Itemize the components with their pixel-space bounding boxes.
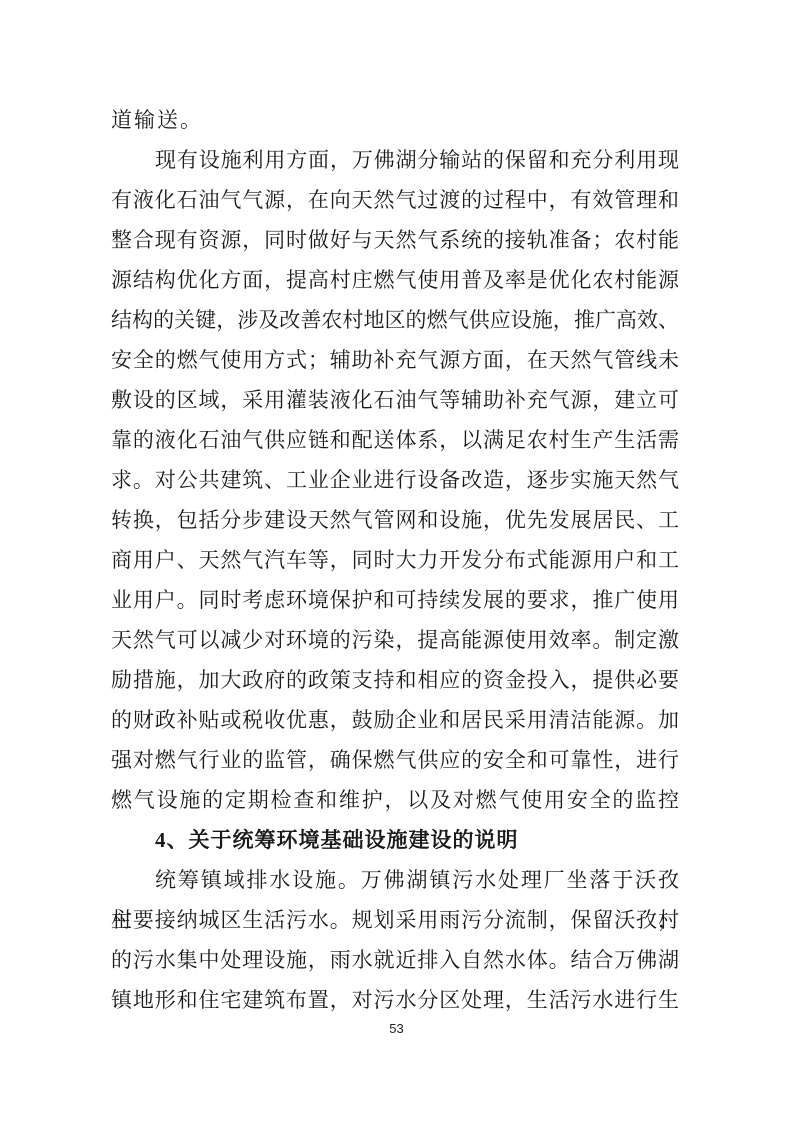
text-line: 道输送。: [111, 100, 679, 140]
section-heading: 4、关于统筹环境基础设施建设的说明: [111, 820, 679, 860]
text-line: 现有设施利用方面，万佛湖分输站的保留和充分利用现: [111, 140, 679, 180]
text-line: 求。对公共建筑、工业企业进行设备改造，逐步实施天然气: [111, 460, 679, 500]
document-page: 道输送。现有设施利用方面，万佛湖分输站的保留和充分利用现有液化石油气气源，在向天…: [0, 0, 793, 1122]
text-line: 励措施，加大政府的政策支持和相应的资金投入，提供必要: [111, 660, 679, 700]
text-line: 业用户。同时考虑环境保护和可持续发展的要求，推广使用: [111, 580, 679, 620]
text-line: 天然气可以减少对环境的污染，提高能源使用效率。制定激: [111, 620, 679, 660]
text-line: 整合现有资源，同时做好与天然气系统的接轨准备；农村能: [111, 220, 679, 260]
text-line: 商用户、天然气汽车等，同时大力开发分布式能源用户和工: [111, 540, 679, 580]
page-footer: 53: [0, 1020, 793, 1038]
text-line: 统筹镇域排水设施。万佛湖镇污水处理厂坐落于沃孜村，: [111, 860, 679, 900]
text-line: 的财政补贴或税收优惠，鼓励企业和居民采用清洁能源。加: [111, 700, 679, 740]
text-line: 主要接纳城区生活污水。规划采用雨污分流制，保留沃孜村: [111, 900, 679, 940]
text-line: 安全的燃气使用方式；辅助补充气源方面，在天然气管线未: [111, 340, 679, 380]
text-line: 敷设的区域，采用灌装液化石油气等辅助补充气源，建立可: [111, 380, 679, 420]
text-line: 转换，包括分步建设天然气管网和设施，优先发展居民、工: [111, 500, 679, 540]
text-line: 镇地形和住宅建筑布置，对污水分区处理，生活污水进行生: [111, 980, 679, 1020]
text-line: 燃气设施的定期检查和维护，以及对燃气使用安全的监控: [111, 780, 679, 820]
text-line: 结构的关键，涉及改善农村地区的燃气供应设施，推广高效、: [111, 300, 679, 340]
page-number: 53: [389, 1021, 403, 1036]
text-line: 源结构优化方面，提高村庄燃气使用普及率是优化农村能源: [111, 260, 679, 300]
text-line: 有液化石油气气源，在向天然气过渡的过程中，有效管理和: [111, 180, 679, 220]
text-line: 的污水集中处理设施，雨水就近排入自然水体。结合万佛湖: [111, 940, 679, 980]
text-line: 强对燃气行业的监管，确保燃气供应的安全和可靠性，进行: [111, 740, 679, 780]
document-body: 道输送。现有设施利用方面，万佛湖分输站的保留和充分利用现有液化石油气气源，在向天…: [111, 100, 679, 1020]
text-line: 靠的液化石油气供应链和配送体系，以满足农村生产生活需: [111, 420, 679, 460]
